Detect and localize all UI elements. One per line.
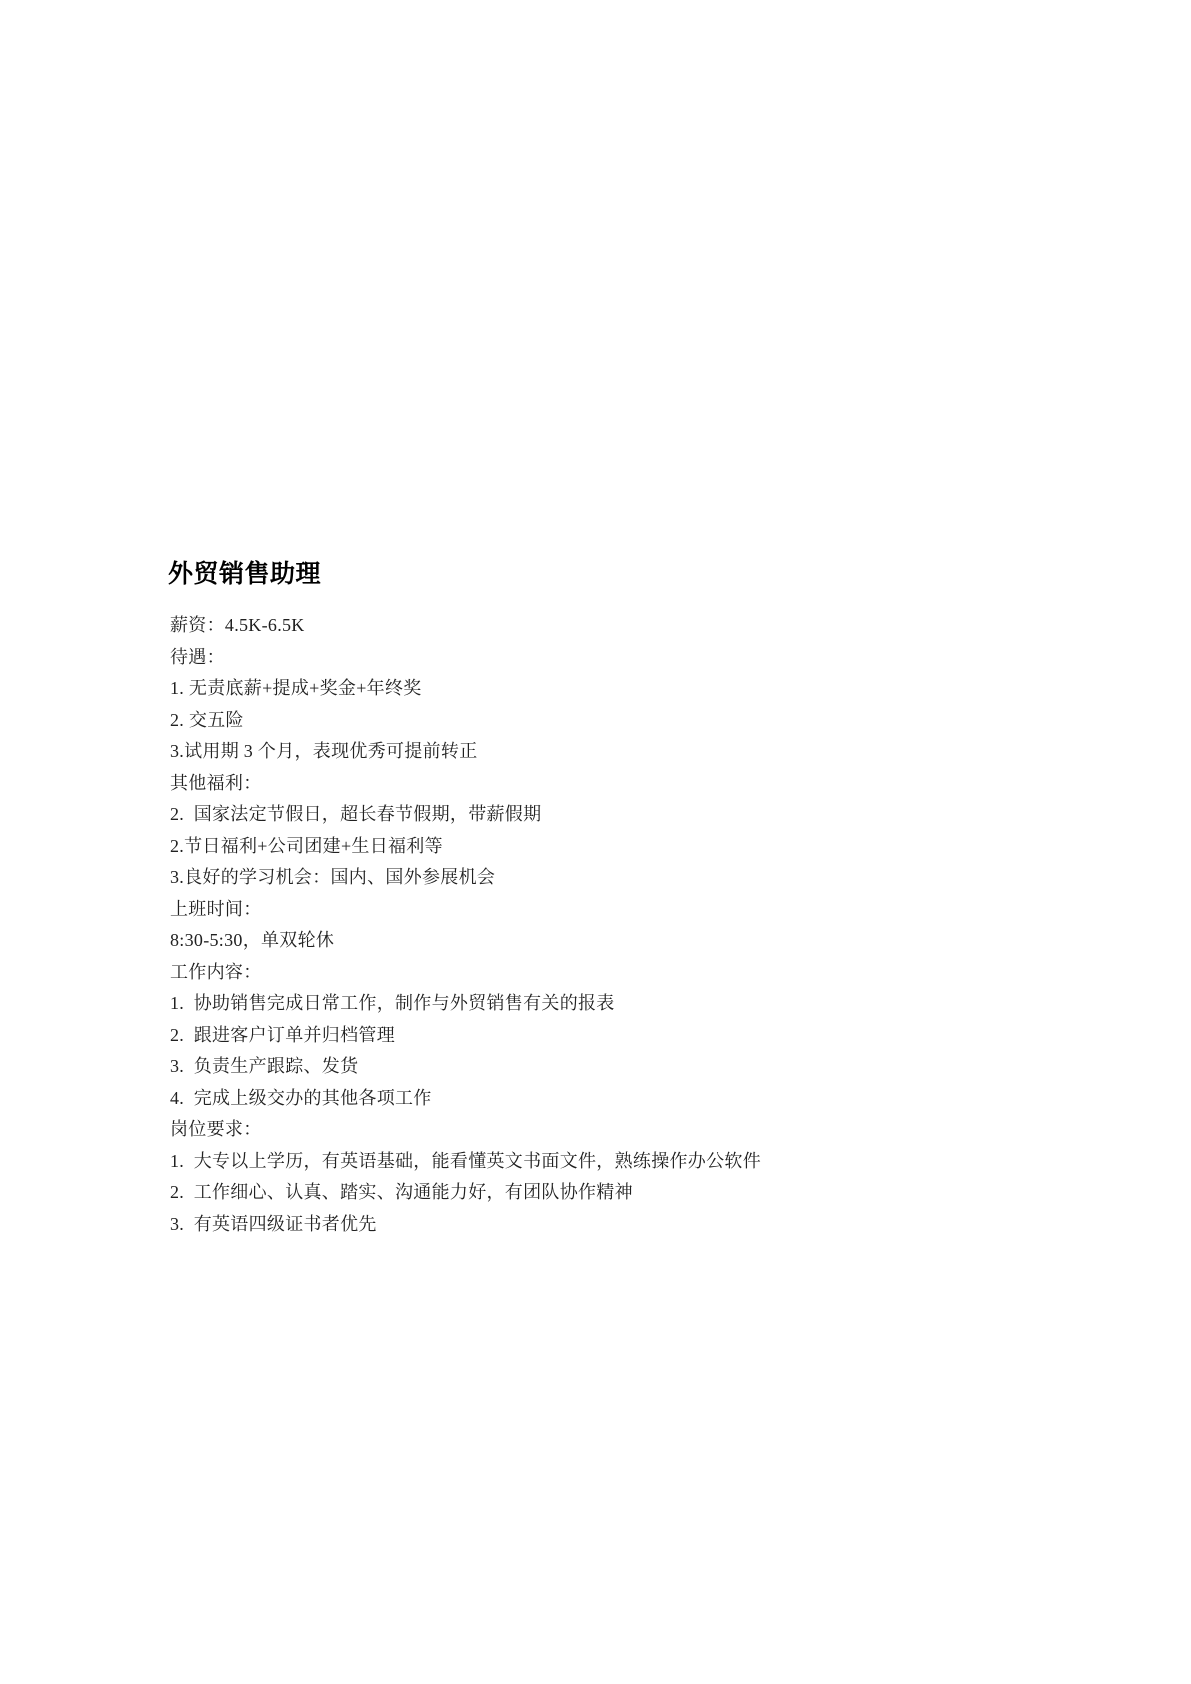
document-line: 3.试用期 3 个月，表现优秀可提前转正 <box>170 736 1050 768</box>
document-line: 2. 工作细心、认真、踏实、沟通能力好，有团队协作精神 <box>170 1177 1050 1209</box>
document-line: 3. 有英语四级证书者优先 <box>170 1209 1050 1241</box>
page-title: 外贸销售助理 <box>168 558 321 590</box>
document-line: 3. 负责生产跟踪、发货 <box>170 1051 1050 1083</box>
document-line: 1. 协助销售完成日常工作，制作与外贸销售有关的报表 <box>170 988 1050 1020</box>
document-line-salary: 薪资：4.5K-6.5K <box>170 610 1050 642</box>
document-line: 2. 国家法定节假日，超长春节假期，带薪假期 <box>170 799 1050 831</box>
document-line: 1. 无责底薪+提成+奖金+年终奖 <box>170 673 1050 705</box>
document-line: 4. 完成上级交办的其他各项工作 <box>170 1083 1050 1115</box>
document-line: 8:30-5:30，单双轮休 <box>170 925 1050 957</box>
document-line: 1. 大专以上学历，有英语基础，能看懂英文书面文件，熟练操作办公软件 <box>170 1146 1050 1178</box>
document-line: 3.良好的学习机会：国内、国外参展机会 <box>170 862 1050 894</box>
document-line-requirements-head: 岗位要求： <box>170 1114 1050 1146</box>
document-body: 薪资：4.5K-6.5K 待遇： 1. 无责底薪+提成+奖金+年终奖 2. 交五… <box>170 610 1050 1240</box>
document-line-benefits-head: 待遇： <box>170 642 1050 674</box>
document-line: 2. 跟进客户订单并归档管理 <box>170 1020 1050 1052</box>
document-line-other-benefits-head: 其他福利： <box>170 768 1050 800</box>
document-page: 外贸销售助理 薪资：4.5K-6.5K 待遇： 1. 无责底薪+提成+奖金+年终… <box>0 0 1191 1684</box>
document-line-worktime-head: 上班时间： <box>170 894 1050 926</box>
document-line-duties-head: 工作内容： <box>170 957 1050 989</box>
document-line: 2. 交五险 <box>170 705 1050 737</box>
document-line: 2.节日福利+公司团建+生日福利等 <box>170 831 1050 863</box>
